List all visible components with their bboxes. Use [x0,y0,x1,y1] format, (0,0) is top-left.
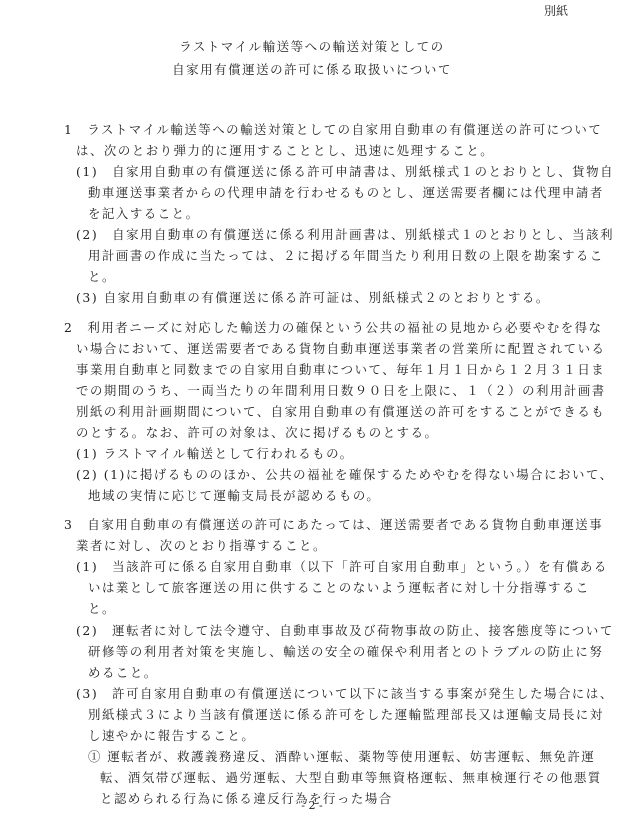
paragraph-line: (2) 運転者に対して法令遵守、自動車事故及び荷物事故の防止、接客態度等について [76,621,614,641]
paragraph-line: 別紙様式３により当該有償運送に係る許可をした運輸監理部長又は運輸支局長に対 [88,705,604,725]
paragraph-line: めること。 [88,663,158,683]
paragraph-line: 3 自家用自動車の有償運送の許可にあたっては、運送需要者である貨物自動車運送事 [64,515,603,535]
paragraph-line: 転、酒気帯び運転、過労運転、大型自動車等無資格運転、無車検運行その他悪質 [100,768,602,788]
paragraph-line: (2) 自家用自動車の有償運送に係る利用計画書は、別紙様式１のとおりとし、当該利 [76,225,614,245]
paragraph-line: 研修等の利用者対策を実施し、輸送の安全の確保や利用者とのトラブルの防止に努 [88,642,603,662]
paragraph-line: (2) (1)に掲げるもののほか、公共の福祉を確保するためやむを得ない場合におい… [76,465,614,485]
paragraph-line: (3) 自家用自動車の有償運送に係る許可証は、別紙様式２のとおりとする。 [76,288,550,308]
paragraph-line: は、次のとおり弾力的に運用することとし、迅速に処理すること。 [76,141,494,161]
paragraph-line: 別紙の利用計画期間について、自家用自動車の有償運送の許可をすることができるも [76,402,605,422]
paragraph-line: (1) ラストマイル輸送として行われるもの。 [76,444,354,464]
paragraph-line: 業者に対し、次のとおり指導すること。 [76,536,327,556]
paragraph-line: いは業として旅客運送の用に供することのないよう運転者に対し十分指導するこ [88,578,590,598]
paragraph-line: 動車運送事業者からの代理申請を行わせるものとし、運送需要者欄には代理申請者 [88,183,604,203]
paragraph-line: い場合において、運送需要者である貨物自動車運送事業者の営業所に配置されている [76,339,606,359]
paragraph-line: での期間のうち、一両当たりの年間利用日数９０日を上限に、１（２）の利用計画書 [76,381,606,401]
paragraph-line: を記入すること。 [88,204,200,224]
paragraph-line: ① 運転者が、救護義務違反、酒酔い運転、薬物等使用運転、妨害運転、無免許運 [88,747,595,767]
paragraph-line: 地域の実情に応じて運輸支局長が認めるもの。 [88,486,380,506]
paragraph-line: 用計画書の作成に当たっては、２に掲げる年間当たり利用日数の上限を勘案するこ [88,246,604,266]
paragraph-line: (3) 許可自家用自動車の有償運送について以下に該当する事案が発生した場合には、 [76,684,614,704]
page-number: - 2 - [0,799,624,812]
paragraph-line: (1) 自家用自動車の有償運送に係る許可申請書は、別紙様式１のとおりとし、貨物自 [76,162,614,182]
paragraph-line: し速やかに報告すること。 [88,726,255,746]
paragraph-line: のとする。なお、許可の対象は、次に掲げるものとする。 [76,423,438,443]
document-title-line-1: ラストマイル輸送等への輸送対策としての [0,37,624,55]
paragraph-line: と。 [88,267,116,287]
appendix-label: 別紙 [544,2,568,19]
paragraph-line: (1) 当該許可に係る自家用自動車（以下「許可自家用自動車」という。）を有償ある [76,557,608,577]
paragraph-line: と。 [88,599,116,619]
paragraph-line: 1 ラストマイル輸送等への輸送対策としての自家用自動車の有償運送の許可について [64,120,602,140]
paragraph-line: 2 利用者ニーズに対応した輸送力の確保という公共の福祉の見地から必要やむを得な [64,318,603,338]
document-title-line-2: 自家用有償運送の許可に係る取扱いについて [0,60,624,78]
paragraph-line: 事業用自動車と同数までの自家用自動車について、毎年１月１日から１２月３１日ま [76,360,605,380]
